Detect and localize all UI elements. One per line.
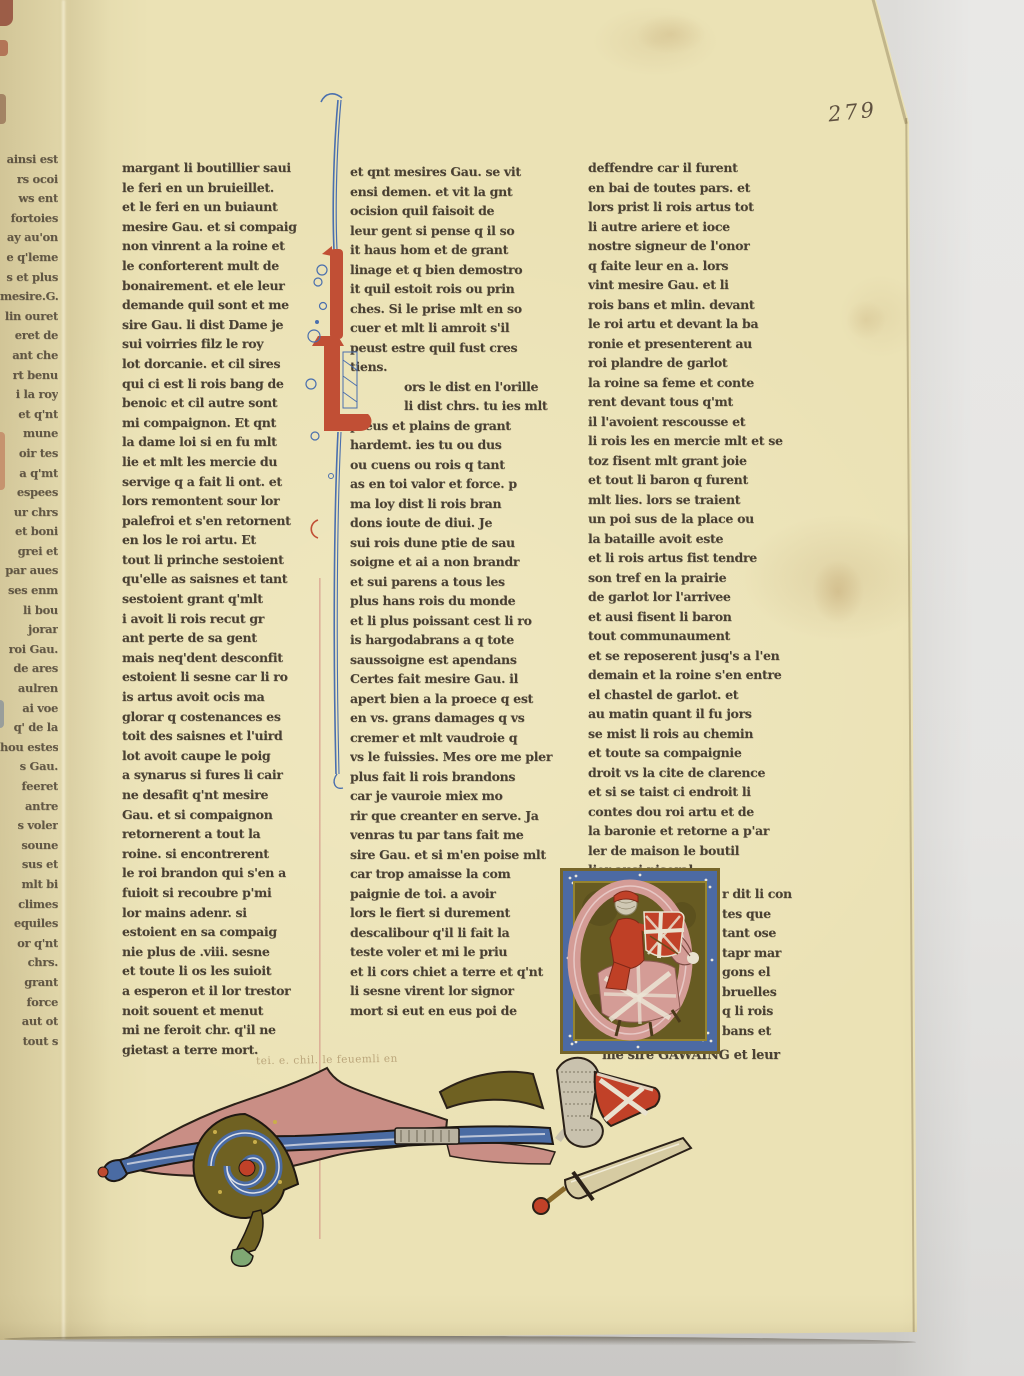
text-line: i la roy [0,385,58,405]
text-line: sire Gau. et si m'en poise mlt [350,845,568,865]
text-line: vs le fuissies. Mes ore me pler [350,747,568,767]
text-line: teste voler et mi le priu [350,942,568,962]
text-line: et q'nt [0,405,58,425]
text-line: or q'nt [0,934,58,954]
text-line: mlt bi [0,875,58,895]
text-line: venras tu par tans fait me [350,825,568,845]
text-line: mort si eut en eus poi de [350,1001,568,1021]
text-line: la baronie et retorne a p'ar [588,821,816,841]
text-line: contes dou roi artu et de [588,802,816,822]
text-line: ur chrs [0,503,58,523]
text-line: rent devant tous q'mt [588,392,816,412]
text-line: q li rois [722,1001,818,1021]
text-line: un poi sus de la place ou [588,509,816,529]
text-line: tapr mar [722,943,818,963]
text-line: il l'avoient rescousse et [588,412,816,432]
parchment-stain [812,560,864,624]
text-line: e q'leme [0,248,58,268]
text-line: s Gau. [0,757,58,777]
text-line: as en toi valor et force. p [350,474,568,494]
text-line: apert bien a la proece q est [350,689,568,709]
text-line: car je vauroie miex mo [350,786,568,806]
text-line: el chastel de garlot. et [588,685,816,705]
text-line: ws ent [0,189,58,209]
text-line: peust estre quil fust cres [350,338,568,358]
text-line: it quil estoit rois ou prin [350,279,568,299]
text-line: preus et plains de grant [350,416,568,436]
text-line: ainsi est [0,150,58,170]
text-line: leur gent si pense q il so [350,221,568,241]
facing-page-text-strip: ainsi estrs ocoiws entfortoiesay au'one … [0,150,58,1051]
text-line: it haus hom et de grant [350,240,568,260]
text-line: la bataille avoit este [588,529,816,549]
text-line: gons el [722,962,818,982]
text-line: linage et q bien demostro [350,260,568,280]
text-line: cremer et mlt vaudroie q [350,728,568,748]
text-line: force [0,993,58,1013]
text-line: ses enm [0,581,58,601]
gutter-fold-highlight [62,0,65,1340]
text-line: espees [0,483,58,503]
text-line: descalibour q'il li fait la [350,923,568,943]
text-line: et li rois artus fist tendre [588,548,816,568]
text-line: et tout li baron q furent [588,470,816,490]
page-bottom-shadow [4,1334,916,1346]
text-line: chrs. [0,953,58,973]
text-line: la roine sa feme et conte [588,373,816,393]
text-column-3-wrapped: r dit li contes quetant osetapr margons … [722,884,818,1040]
text-line: r dit li con [722,884,818,904]
text-line: au matin quant il fu jors [588,704,816,724]
text-line: q faite leur en a. lors [588,256,816,276]
col2-before-initial: et qnt mesires Gau. se vitensi demen. et… [350,162,568,377]
text-line: ant che [0,346,58,366]
text-line: roi plandre de garlot [588,353,816,373]
text-line: s et plus [0,268,58,288]
text-line: et toute sa compaignie [588,743,816,763]
text-line: s voler [0,816,58,836]
parchment-stain [846,300,886,340]
text-line: par aues [0,561,58,581]
text-line: aulren [0,679,58,699]
text-line: tiens. [350,357,568,377]
text-line: cuer et mlt li amroit s'il [350,318,568,338]
text-column-2: et qnt mesires Gau. se vitensi demen. et… [350,162,568,1020]
text-line: ocision quil faisoit de [350,201,568,221]
text-line: is hargodabrans a q tote [350,630,568,650]
text-line: mesire.G. [0,287,58,307]
col2-beside-initial: ors le dist en l'orilleli dist chrs. tu … [350,377,568,416]
text-line: li autre ariere et ioce [588,217,816,237]
text-line: hardemt. ies tu ou dus [350,435,568,455]
text-line: ronie et presenterent au [588,334,816,354]
text-line: li rois les en mercie mlt et se [588,431,816,451]
text-line: vint mesire Gau. et li [588,275,816,295]
text-line: soigne et ai a non brandr [350,552,568,572]
text-line: tant ose [722,923,818,943]
text-line: a q'mt [0,464,58,484]
text-line: fortoies [0,209,58,229]
text-line: toz fisent mlt grant joie [588,451,816,471]
text-line: lin ouret [0,307,58,327]
text-line: hou estes [0,738,58,758]
text-line: rt benu [0,366,58,386]
text-line: ou cuens ou rois q tant [350,455,568,475]
text-line: jorar [0,620,58,640]
text-line: li bou [0,601,58,621]
text-line: dons ioute de diui. Je [350,513,568,533]
text-line: tout communaument [588,626,816,646]
text-line: Certes fait mesire Gau. il [350,669,568,689]
text-line: car trop amaisse la com [350,864,568,884]
text-line: soune [0,836,58,856]
text-line: et boni [0,522,58,542]
text-line: nostre signeur de l'onor [588,236,816,256]
text-line: et se reposerent jusq's a l'en [588,646,816,666]
text-line: roi Gau. [0,640,58,660]
text-line: saussoigne est apendans [350,650,568,670]
text-line: mlt lies. lors se traient [588,490,816,510]
manuscript-photo: 279 ainsi estrs ocoiws entfortoiesay au'… [0,0,1024,1376]
binding-edge-mark [0,0,13,26]
text-line: de ares [0,659,58,679]
text-line: climes [0,895,58,915]
text-line: grei et [0,542,58,562]
text-line: droit vs la cite de clarence [588,763,816,783]
text-line: ma loy dist li rois bran [350,494,568,514]
binding-edge-mark [0,94,6,124]
text-line: deffendre car il furent [588,158,816,178]
text-line: ler de maison le boutil [588,841,816,861]
text-line: rs ocoi [0,170,58,190]
text-line: en vs. grans damages q vs [350,708,568,728]
text-line: et ausi fisent li baron [588,607,816,627]
folio-number: 279 [827,97,878,126]
text-line: sus et [0,855,58,875]
text-line: li dist chrs. tu ies mlt [404,396,568,416]
text-line: de garlot lor l'arrivee [588,587,816,607]
text-line: mune [0,424,58,444]
text-line: plus hans rois du monde [350,591,568,611]
text-line: et sui parens a tous les [350,572,568,592]
text-line: ors le dist en l'orille [404,377,568,397]
text-line: q' de la [0,718,58,738]
text-column-3: deffendre car il furenten bai de toutes … [588,158,816,880]
text-line: demain et la roine s'en entre [588,665,816,685]
text-line: antre [0,797,58,817]
text-line: et li cors chiet a terre et q'nt [350,962,568,982]
text-line: equiles [0,914,58,934]
text-line: le roi artu et devant la ba [588,314,816,334]
historiated-initial-O [560,868,720,1054]
parchment-stain [636,14,706,54]
text-line: feeret [0,777,58,797]
text-line: bruelles [722,982,818,1002]
text-line: se mist li rois au chemin [588,724,816,744]
text-line: oir tes [0,444,58,464]
text-line: en bai de toutes pars. et [588,178,816,198]
manuscript-page: 279 ainsi estrs ocoiws entfortoiesay au'… [0,0,1024,1376]
text-line: rir que creanter en serve. Ja [350,806,568,826]
text-line: ay au'on [0,228,58,248]
text-line: plus fait li rois brandons [350,767,568,787]
text-line: et si se taist ci endroit li [588,782,816,802]
text-line: aut ot [0,1012,58,1032]
text-line: ensi demen. et vit la gnt [350,182,568,202]
text-line: lors prist li rois artus tot [588,197,816,217]
text-line: son tref en la prairie [588,568,816,588]
binding-edge-mark [0,40,8,56]
text-line: eret de [0,326,58,346]
text-line: et li plus poissant cest li ro [350,611,568,631]
text-line: grant [0,973,58,993]
text-line: rois bans et mlin. devant [588,295,816,315]
col2-after-initial: preus et plains de granthardemt. ies tu … [350,416,568,1021]
text-line: ai voe [0,699,58,719]
text-line: tes que [722,904,818,924]
text-line: paignie de toi. a avoir [350,884,568,904]
bas-de-page-flourish [95,1052,680,1267]
text-line: et qnt mesires Gau. se vit [350,162,568,182]
text-line: ches. Si le prise mlt en so [350,299,568,319]
text-line: sui rois dune ptie de sau [350,533,568,553]
text-line: li sesne virent lor signor [350,981,568,1001]
text-line: tout s [0,1032,58,1052]
text-line: lors le fiert si durement [350,903,568,923]
text-line: bans et [722,1021,818,1041]
